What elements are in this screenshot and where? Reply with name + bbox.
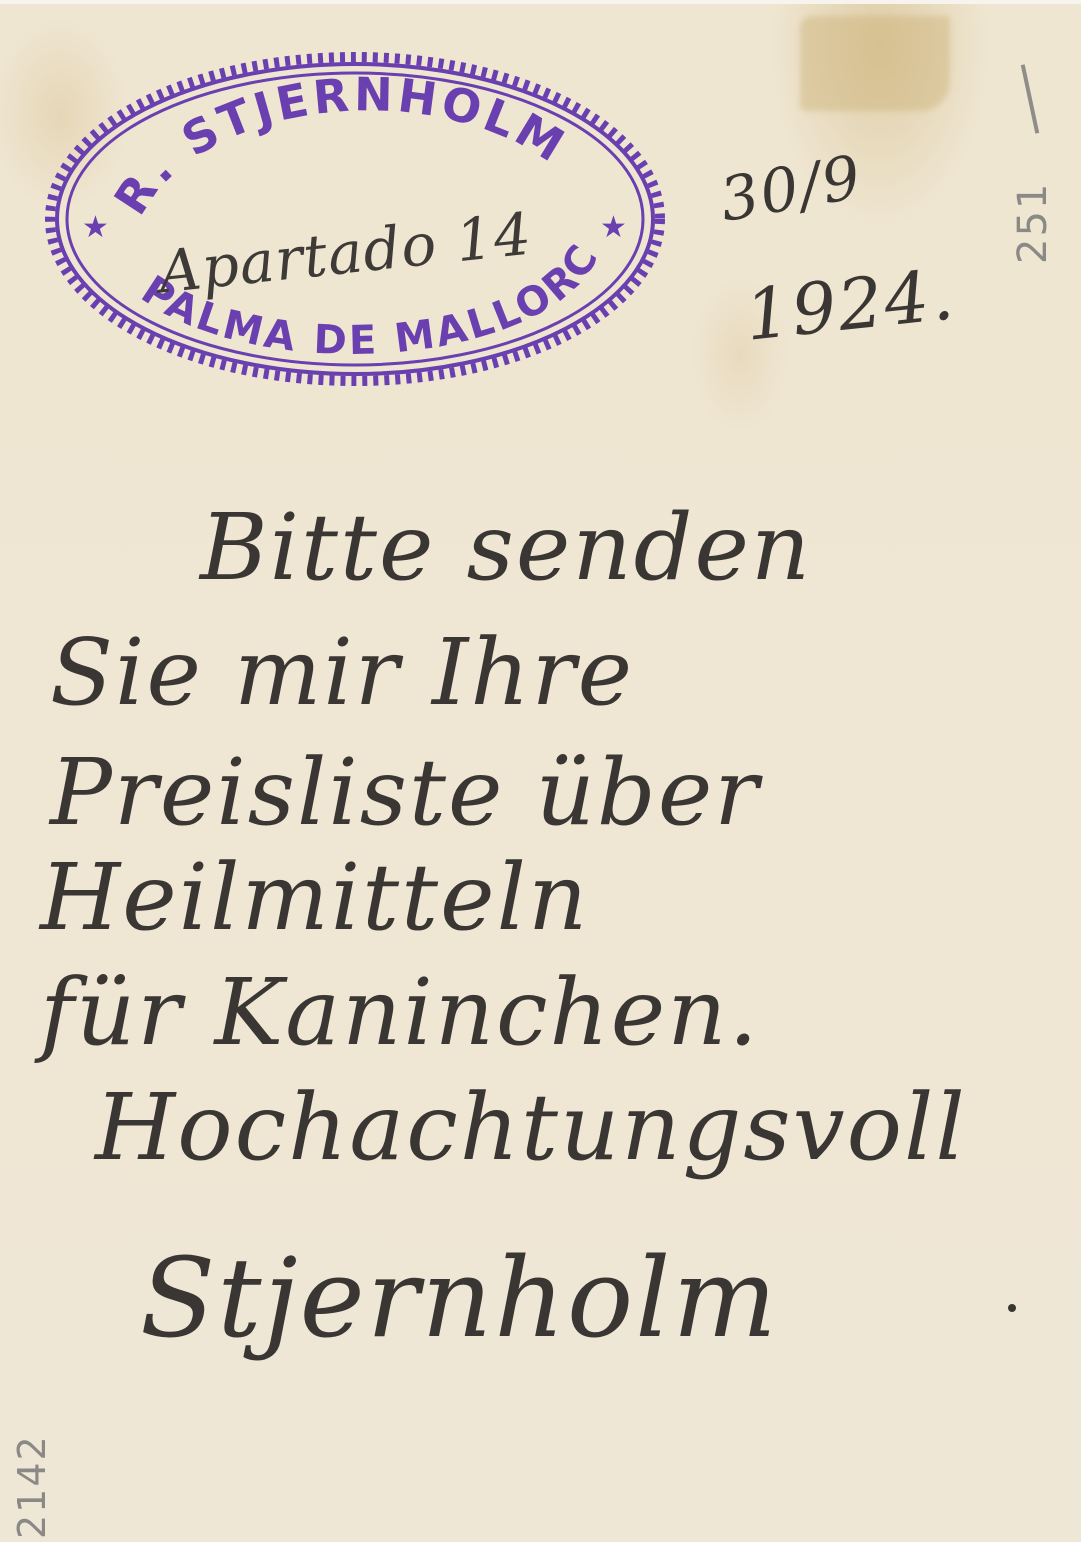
letter-line-5: für Kaninchen. <box>40 959 760 1066</box>
date-year: 1924. <box>741 253 959 357</box>
star-icon-left: ★ <box>82 210 109 245</box>
letter-line-4: Heilmitteln <box>40 844 589 951</box>
closing-line: Hochachtungsvoll <box>95 1074 967 1181</box>
ink-dot <box>1008 1304 1016 1312</box>
pencil-note-bottom-left: 2142 <box>10 1434 54 1539</box>
letter-line-2: Sie mir Ihre <box>50 619 634 726</box>
pencil-note-top-right: 251 <box>1010 182 1056 264</box>
pencil-mark <box>1021 64 1039 133</box>
postcard: R. STJERNHOLM PALMA DE MALLORCA ★ ★ Apar… <box>0 0 1081 1542</box>
signature: Stjernholm <box>140 1234 779 1362</box>
letter-line-1: Bitte senden <box>200 494 812 601</box>
star-icon-right: ★ <box>600 210 627 245</box>
letter-line-3: Preisliste über <box>50 739 760 846</box>
svg-text:R. STJERNHOLM: R. STJERNHOLM <box>104 67 577 224</box>
date-day-month: 30/9 <box>715 142 868 236</box>
paper-stain <box>800 16 950 111</box>
rubber-stamp: R. STJERNHOLM PALMA DE MALLORCA ★ ★ Apar… <box>40 49 670 389</box>
